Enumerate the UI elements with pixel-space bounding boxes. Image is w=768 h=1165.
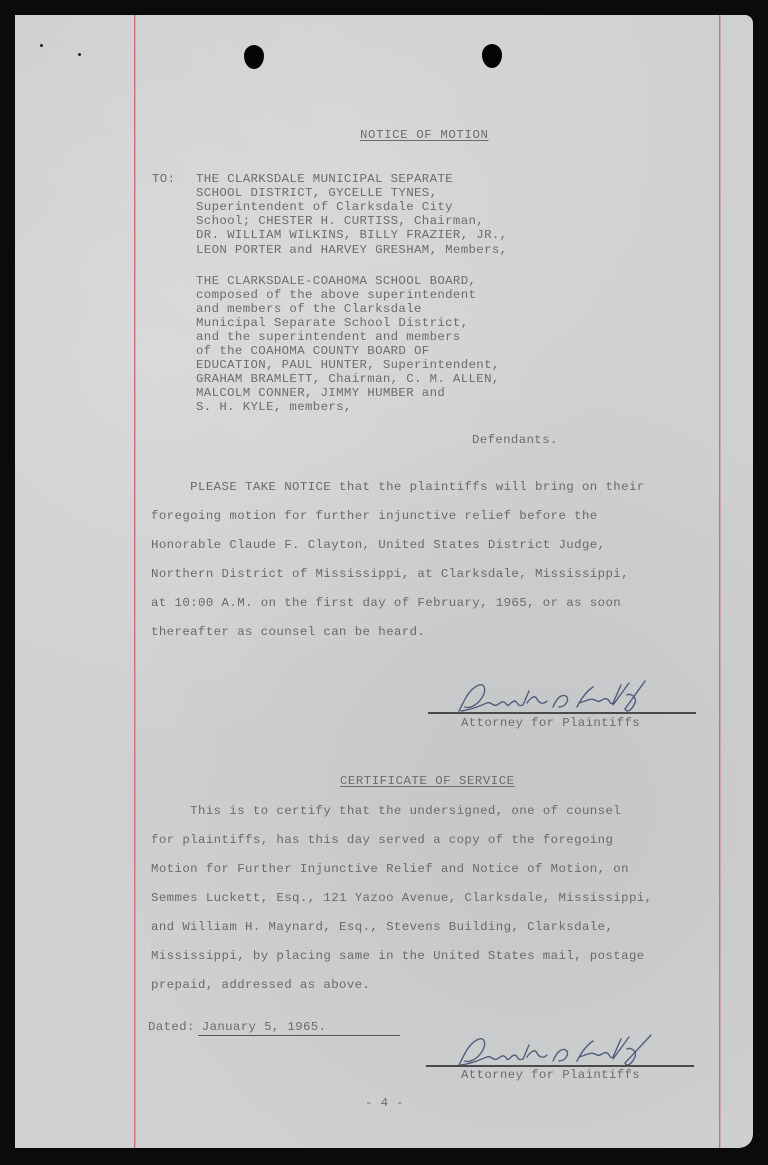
right-margin-rule [719,15,720,1148]
addressee-line: Superintendent of Clarksdale City [196,200,453,214]
addressee-line: and the superintendent and members [196,330,461,344]
paragraph-line: thereafter as counsel can be heard. [151,625,425,639]
paragraph-line: Motion for Further Injunctive Relief and… [151,862,629,876]
document-title: NOTICE OF MOTION [360,128,489,142]
to-label: TO: [152,172,175,186]
paper-speck [78,53,81,56]
punch-hole-right [482,44,502,68]
addressee-line: of the COAHOMA COUNTY BOARD OF [196,344,430,358]
paragraph-line: This is to certify that the undersigned,… [151,804,621,818]
addressee-line: MALCOLM CONNER, JIMMY HUMBER and [196,386,445,400]
paragraph-line: Northern District of Mississippi, at Cla… [151,567,629,581]
attorney-signature-1 [451,677,681,717]
punch-hole-left [244,45,264,69]
dated-label: Dated: [148,1020,195,1034]
addressee-line: THE CLARKSDALE MUNICIPAL SEPARATE [196,172,453,186]
addressee-line: School; CHESTER H. CURTISS, Chairman, [196,214,484,228]
paragraph-line: Mississippi, by placing same in the Unit… [151,949,645,963]
paragraph-line: at 10:00 A.M. on the first day of Februa… [151,596,621,610]
paragraph-line: prepaid, addressed as above. [151,978,370,992]
paragraph-line: foregoing motion for further injunctive … [151,509,598,523]
addressee-line: EDUCATION, PAUL HUNTER, Superintendent, [196,358,500,372]
document-page: NOTICE OF MOTION TO: THE CLARKSDALE MUNI… [15,15,753,1148]
addressee-line: GRAHAM BRAMLETT, Chairman, C. M. ALLEN, [196,372,500,386]
addressee-line: LEON PORTER and HARVEY GRESHAM, Members, [196,243,507,257]
addressee-line: THE CLARKSDALE-COAHOMA SCHOOL BOARD, [196,274,476,288]
addressee-line: SCHOOL DISTRICT, GYCELLE TYNES, [196,186,437,200]
paper-speck [40,44,43,47]
certificate-title: CERTIFICATE OF SERVICE [340,774,515,788]
addressee-line: Municipal Separate School District, [196,316,469,330]
paragraph-line: for plaintiffs, has this day served a co… [151,833,613,847]
paragraph-line: Semmes Luckett, Esq., 121 Yazoo Avenue, … [151,891,652,905]
page-number: - 4 - [365,1096,404,1110]
signer-caption-1: Attorney for Plaintiffs [461,716,640,730]
addressee-line: and members of the Clarksdale [196,302,422,316]
addressee-line: composed of the above superintendent [196,288,476,302]
paragraph-line: PLEASE TAKE NOTICE that the plaintiffs w… [151,480,645,494]
dated-underline [198,1035,400,1036]
paragraph-line: and William H. Maynard, Esq., Stevens Bu… [151,920,613,934]
addressee-line: S. H. KYLE, members, [196,400,352,414]
addressee-line: DR. WILLIAM WILKINS, BILLY FRAZIER, JR., [196,228,507,242]
signature-line-2 [426,1065,694,1067]
signer-caption-2: Attorney for Plaintiffs [461,1068,640,1082]
left-margin-rule [134,15,135,1148]
dated-value: January 5, 1965. [194,1020,326,1034]
paragraph-line: Honorable Claude F. Clayton, United Stat… [151,538,605,552]
signature-line-1 [428,712,696,714]
defendants-label: Defendants. [472,433,558,447]
